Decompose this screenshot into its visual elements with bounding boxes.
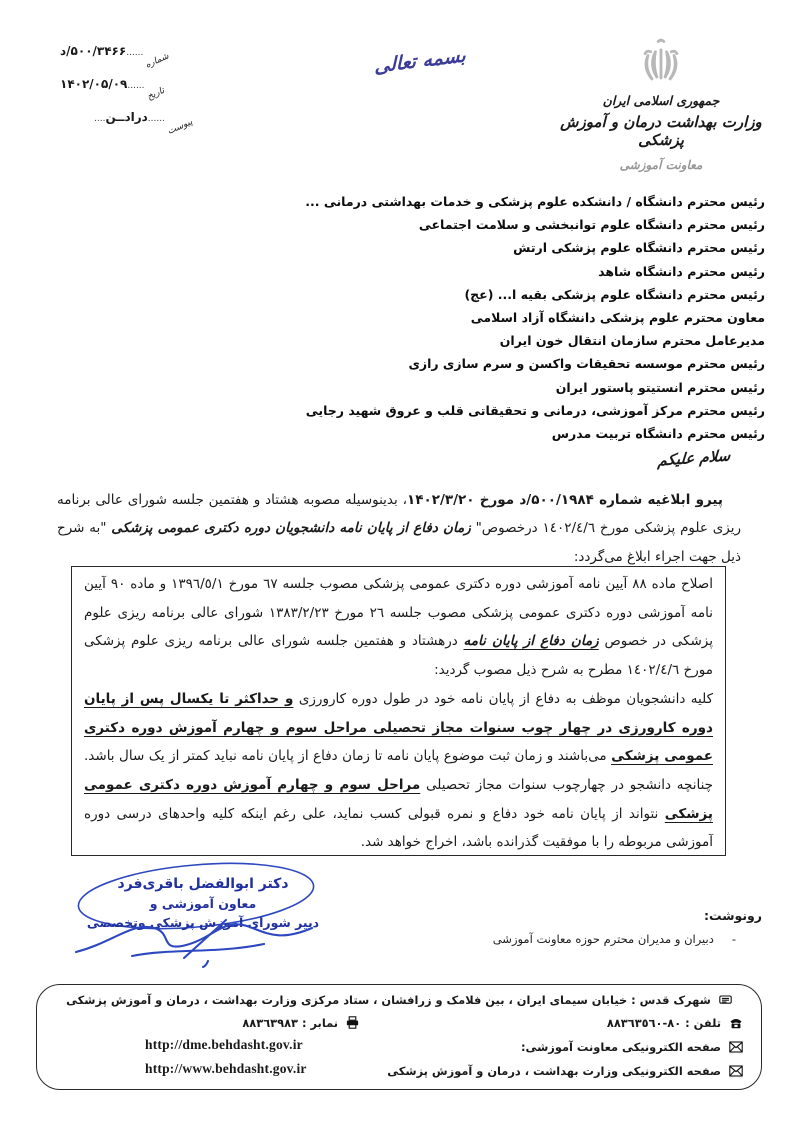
letter-page: د/۵۰۰/۳۴۶۶ شماره ۱۴۰۲/۰۵/۰۹ تاریخ نــدار… [0, 0, 797, 1128]
signer-role-1: معاون آموزشی و [149, 896, 256, 911]
letter-number-value: د/۵۰۰/۳۴۶۶ [60, 44, 143, 58]
greeting-calligraphy: سلام علیکم [626, 444, 763, 472]
recipient-line: رئیس محترم دانشگاه علوم پزشکی بقیه ا... … [49, 283, 765, 306]
letter-date-value: ۱۴۰۲/۰۵/۰۹ [60, 77, 145, 91]
bismillah-calligraphy: بسمه تعالی [338, 40, 501, 82]
footer-address-row: شهرک قدس : خیابان سیمای ایران ، بین فلام… [51, 993, 747, 1007]
footer-web2-label: صفحه الکترونیکی وزارت بهداشت ، درمان و آ… [387, 1064, 721, 1078]
footer-contact-box: شهرک قدس : خیابان سیمای ایران ، بین فلام… [36, 984, 762, 1090]
text-segment: پیرو ابلاغیه شماره [594, 492, 723, 508]
recipient-line: رئیس محترم دانشگاه تربیت مدرس [49, 422, 765, 445]
org-ministry-line: وزارت بهداشت درمان و آموزش پزشکی [545, 113, 777, 149]
letterhead-org: جمهوری اسلامی ایران وزارت بهداشت درمان و… [545, 34, 777, 172]
footer-phone-value: ٨٨٣٦٣٥٦٠-٨٠ [607, 1016, 681, 1030]
cc-label: رونوشت: [342, 908, 762, 923]
resolution-paragraph-2: کلیه دانشجویان موظف به دفاع از پایان نام… [84, 685, 713, 857]
resolution-box: اصلاح ماده ٨٨ آیین نامه آموزشی دوره دکتر… [71, 566, 726, 856]
footer-fax: نمابر : ٨٨٣٦٣٩٨٣ [242, 1016, 359, 1030]
footer-web2: صفحه الکترونیکی وزارت بهداشت ، درمان و آ… [387, 1064, 743, 1078]
footer-web1-url[interactable]: http://dme.behdasht.gov.ir [145, 1037, 303, 1053]
resolution-paragraph-1: اصلاح ماده ٨٨ آیین نامه آموزشی دوره دکتر… [84, 570, 713, 685]
iran-emblem-icon [545, 34, 777, 92]
meta-date-row: ۱۴۰۲/۰۵/۰۹ تاریخ [60, 77, 230, 99]
intro-paragraph: پیرو ابلاغیه شماره د/۵۰۰/۱۹۸۴ مورخ ۱۴۰۲/… [57, 486, 741, 571]
signature-stamp: دکتر ابوالفضل باقری‌فرد معاون آموزشی و د… [60, 860, 346, 974]
recipient-line: مدیرعامل محترم سازمان انتقال خون ایران [49, 329, 765, 352]
recipient-line: رئیس محترم دانشگاه / دانشکده علوم پزشکی … [49, 190, 765, 213]
text-segment: زمان دفاع از پایان نامه دانشجویان دوره د… [111, 520, 471, 536]
letter-number-label: شماره [144, 51, 171, 70]
footer-web2-url[interactable]: http://www.behdasht.gov.ir [145, 1061, 307, 1077]
cc-section: رونوشت: دبیران و مدیران محترم حوزه معاون… [342, 908, 762, 946]
envelope-icon [729, 1065, 743, 1077]
text-segment: کلیه دانشجویان موظف به دفاع از پایان نام… [293, 691, 713, 707]
org-deputy-line: معاونت آموزشی [545, 158, 777, 172]
footer-web1: صفحه الکترونیکی معاونت آموزشی: [521, 1040, 743, 1054]
letter-attachment-label: پیوست [166, 117, 194, 137]
cc-list: دبیران و مدیران محترم حوزه معاونت آموزشی [342, 932, 762, 946]
letter-attachment-value: نــدارد [94, 110, 165, 124]
text-segment: نتواند از پایان نامه خود دفاع و نمره قبو… [84, 806, 713, 851]
phone-icon [729, 1016, 743, 1029]
address-scroll-icon [719, 993, 732, 1006]
signer-name: دکتر ابوالفضل باقری‌فرد [117, 876, 288, 892]
footer-fax-value: ٨٨٣٦٣٩٨٣ [242, 1016, 298, 1030]
footer-address-text: شهرک قدس : خیابان سیمای ایران ، بین فلام… [66, 993, 711, 1007]
footer-phone: تلفن : ٨٨٣٦٣٥٦٠-٨٠ [607, 1016, 743, 1030]
meta-attachment-row: نــدارد پیوست [60, 110, 230, 132]
envelope-icon [729, 1041, 743, 1053]
recipients-list: رئیس محترم دانشگاه / دانشکده علوم پزشکی … [49, 190, 765, 445]
cc-item: دبیران و مدیران محترم حوزه معاونت آموزشی [342, 932, 762, 946]
fax-icon [346, 1016, 359, 1029]
letter-meta: د/۵۰۰/۳۴۶۶ شماره ۱۴۰۲/۰۵/۰۹ تاریخ نــدار… [60, 44, 230, 132]
recipient-line: رئیس محترم دانشگاه علوم پزشکی ارتش [49, 236, 765, 259]
footer-web1-label: صفحه الکترونیکی معاونت آموزشی: [521, 1040, 721, 1054]
recipient-line: رئیس محترم موسسه تحقیقات واکسن و سرم ساز… [49, 352, 765, 375]
recipient-line: رئیس محترم دانشگاه شاهد [49, 260, 765, 283]
letter-date-label: تاریخ [145, 86, 165, 102]
footer-phone-label: تلفن : [681, 1016, 721, 1030]
footer-fax-label: نمابر : [298, 1016, 338, 1030]
recipient-line: رئیس محترم مرکز آموزشی، درمانی و تحقیقات… [49, 399, 765, 422]
org-country-line: جمهوری اسلامی ایران [545, 93, 777, 108]
meta-number-row: د/۵۰۰/۳۴۶۶ شماره [60, 44, 230, 66]
recipient-line: رئیس محترم دانشگاه علوم توانبخشی و سلامت… [49, 213, 765, 236]
text-segment: مورخ ۱۴۰۲/۳/۲۰ [407, 492, 519, 508]
text-segment: زمان دفاع از پایان نامه [464, 633, 599, 649]
text-segment: د/۵۰۰/۱۹۸۴ [519, 492, 593, 508]
signer-role-2: دبیر شورای آموزش پزشکی وتخصصی [87, 915, 319, 930]
recipient-line: معاون محترم علوم پزشکی دانشگاه آزاد اسلا… [49, 306, 765, 329]
recipient-line: رئیس محترم انستیتو پاستور ایران [49, 376, 765, 399]
